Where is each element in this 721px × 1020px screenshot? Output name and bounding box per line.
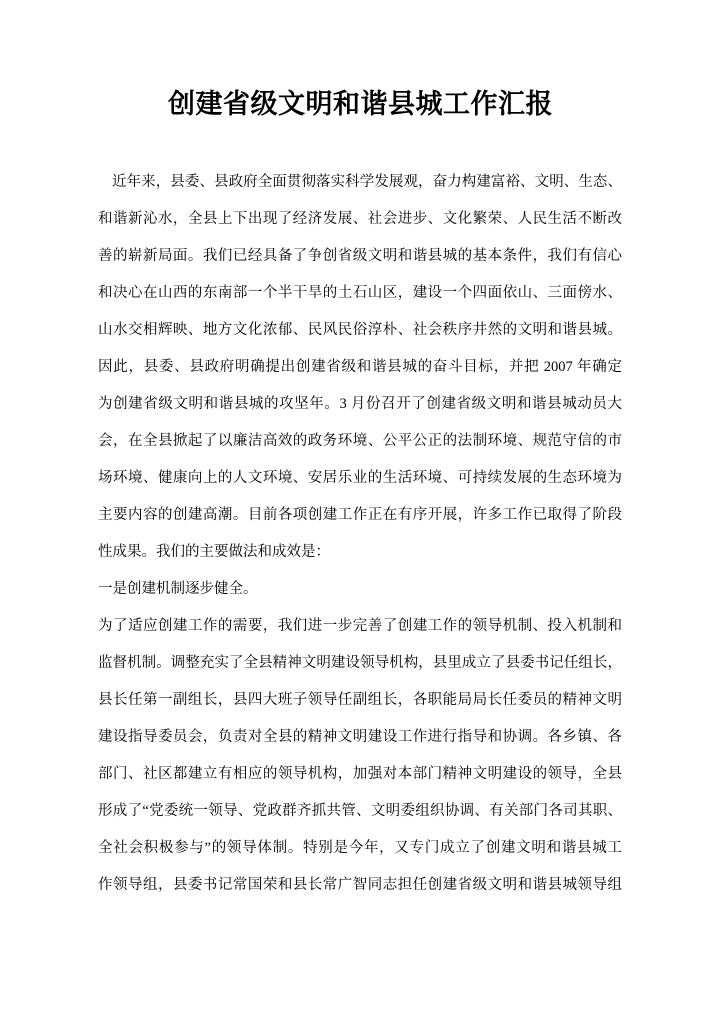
document-page: 创建省级文明和谐县城工作汇报 近年来，县委、县政府全面贯彻落实科学发展观，奋力构… bbox=[0, 0, 721, 1020]
text-line: 监督机制。调整充实了全县精神文明建设领导机构，县里成立了县委书记任组长， bbox=[98, 645, 622, 682]
text-line: 和谐新沁水，全县上下出现了经济发展、社会进步、文化繁荣、人民生活不断改 bbox=[98, 201, 622, 238]
text-line: 会，在全县掀起了以廉洁高效的政务环境、公平公正的法制环境、规范守信的市 bbox=[98, 423, 622, 460]
text-line: 建设指导委员会，负责对全县的精神文明建设工作进行指导和协调。各乡镇、各 bbox=[98, 719, 622, 756]
text-line: 善的崭新局面。我们已经具备了争创省级文明和谐县城的基本条件，我们有信心 bbox=[98, 238, 622, 275]
text-line: 部门、社区都建立有相应的领导机构，加强对本部门精神文明建设的领导，全县 bbox=[98, 756, 622, 793]
text-line: 因此，县委、县政府明确提出创建省级和谐县城的奋斗目标，并把 2007 年确定 bbox=[98, 349, 622, 386]
text-line: 形成了“党委统一领导、党政群齐抓共管、文明委组织协调、有关部门各司其职、 bbox=[98, 793, 622, 830]
text-line: 近年来，县委、县政府全面贯彻落实科学发展观，奋力构建富裕、文明、生态、 bbox=[98, 164, 622, 201]
text-line: 性成果。我们的主要做法和成效是： bbox=[98, 534, 622, 571]
text-line: 一是创建机制逐步健全。 bbox=[98, 571, 622, 608]
text-line: 全社会积极参与”的领导体制。特别是今年，又专门成立了创建文明和谐县城工 bbox=[98, 830, 622, 867]
text-line: 为了适应创建工作的需要，我们进一步完善了创建工作的领导机制、投入机制和 bbox=[98, 608, 622, 645]
document-title: 创建省级文明和谐县城工作汇报 bbox=[0, 84, 721, 124]
text-line: 山水交相辉映、地方文化浓郁、民风民俗淳朴、社会秩序井然的文明和谐县城。 bbox=[98, 312, 622, 349]
text-line: 和决心在山西的东南部一个半干旱的土石山区，建设一个四面依山、三面傍水、 bbox=[98, 275, 622, 312]
text-line: 主要内容的创建高潮。目前各项创建工作正在有序开展，许多工作已取得了阶段 bbox=[98, 497, 622, 534]
text-line: 作领导组，县委书记常国荣和县长常广智同志担任创建省级文明和谐县城领导组 bbox=[98, 867, 622, 904]
document-body: 近年来，县委、县政府全面贯彻落实科学发展观，奋力构建富裕、文明、生态、和谐新沁水… bbox=[98, 164, 622, 904]
text-line: 县长任第一副组长，县四大班子领导任副组长，各职能局局长任委员的精神文明 bbox=[98, 682, 622, 719]
text-line: 为创建省级文明和谐县城的攻坚年。3 月份召开了创建省级文明和谐县城动员大 bbox=[98, 386, 622, 423]
text-line: 场环境、健康向上的人文环境、安居乐业的生活环境、可持续发展的生态环境为 bbox=[98, 460, 622, 497]
